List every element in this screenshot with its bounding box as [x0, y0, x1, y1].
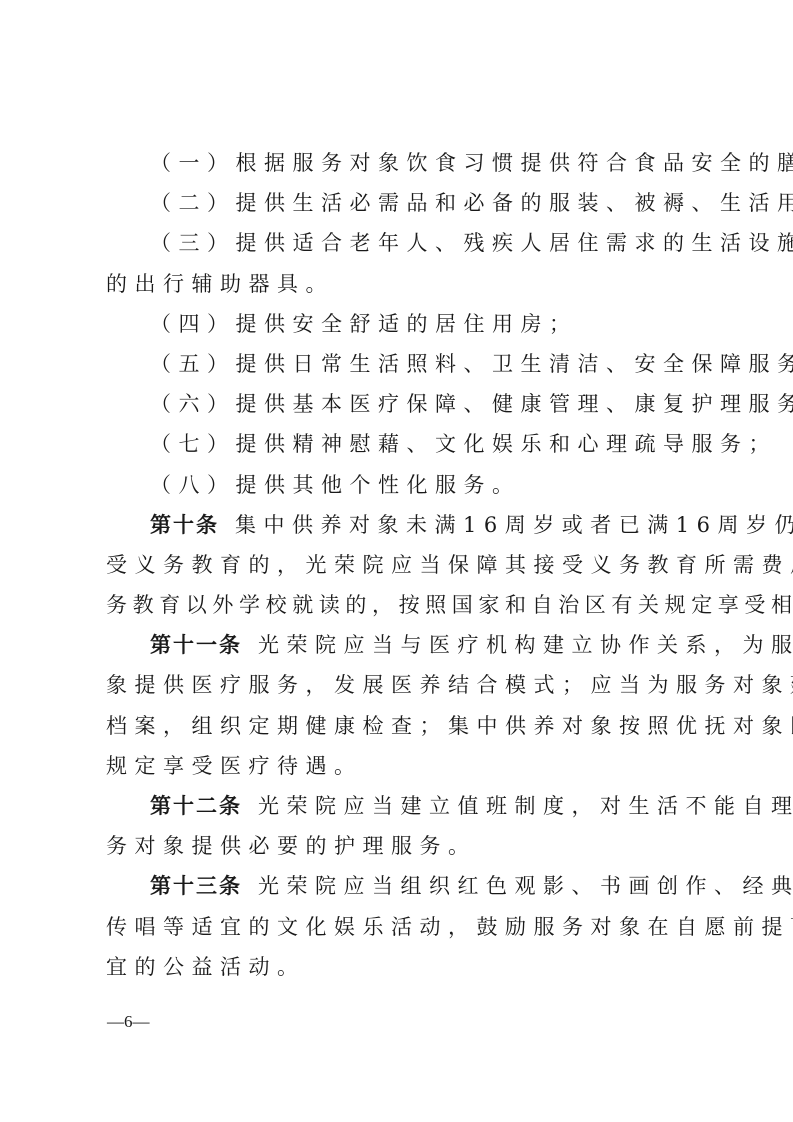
article-heading: 第十一条 — [150, 633, 242, 657]
line-text: 传唱等适宜的文化娱乐活动，鼓励服务对象在自愿前提下参与适 — [106, 915, 793, 939]
article-13-cont: 宜的公益活动。 — [106, 947, 690, 987]
line-text: 受义务教育的，光荣院应当保障其接受义务教育所需费用；在义 — [106, 553, 793, 577]
list-item-2: （二）提供生活必需品和必备的服装、被褥、生活用具； — [106, 183, 690, 223]
line-text: （六）提供基本医疗保障、健康管理、康复护理服务； — [150, 392, 793, 416]
list-item-6: （六）提供基本医疗保障、健康管理、康复护理服务； — [106, 384, 690, 424]
list-item-8: （八）提供其他个性化服务。 — [106, 465, 690, 505]
line-text: 光荣院应当建立值班制度，对生活不能自理的服 — [258, 794, 793, 818]
line-text: 务教育以外学校就读的，按照国家和自治区有关规定享受相应政策。 — [106, 593, 793, 617]
line-text: 集中供养对象未满16周岁或者已满16周岁仍在接 — [235, 513, 793, 537]
article-12-cont: 务对象提供必要的护理服务。 — [106, 826, 690, 866]
list-item-3-cont: 的出行辅助器具。 — [106, 264, 690, 304]
article-12: 第十二条光荣院应当建立值班制度，对生活不能自理的服 — [106, 786, 690, 826]
list-item-3: （三）提供适合老年人、残疾人居住需求的生活设施和适当 — [106, 223, 690, 263]
article-10-cont: 受义务教育的，光荣院应当保障其接受义务教育所需费用；在义 — [106, 545, 690, 585]
line-text: （五）提供日常生活照料、卫生清洁、安全保障服务； — [150, 352, 793, 376]
line-text: 务对象提供必要的护理服务。 — [106, 834, 477, 858]
line-text: （二）提供生活必需品和必备的服装、被褥、生活用具； — [150, 191, 793, 215]
list-item-1: （一）根据服务对象饮食习惯提供符合食品安全的膳食； — [106, 143, 690, 183]
page-number: —6— — [107, 1012, 150, 1032]
list-item-4: （四）提供安全舒适的居住用房； — [106, 304, 690, 344]
article-heading: 第十二条 — [150, 794, 242, 818]
article-heading: 第十条 — [150, 513, 219, 537]
line-text: 规定享受医疗待遇。 — [106, 754, 363, 778]
list-item-7: （七）提供精神慰藉、文化娱乐和心理疏导服务； — [106, 424, 690, 464]
line-text: 光荣院应当与医疗机构建立协作关系，为服务对 — [258, 633, 793, 657]
line-text: （四）提供安全舒适的居住用房； — [150, 312, 578, 336]
article-11-cont: 档案，组织定期健康检查；集中供养对象按照优抚对象医疗保障 — [106, 706, 690, 746]
article-11: 第十一条光荣院应当与医疗机构建立协作关系，为服务对 — [106, 625, 690, 665]
article-11-cont: 规定享受医疗待遇。 — [106, 746, 690, 786]
line-text: 的出行辅助器具。 — [106, 272, 334, 296]
list-item-5: （五）提供日常生活照料、卫生清洁、安全保障服务； — [106, 344, 690, 384]
document-body: （一）根据服务对象饮食习惯提供符合食品安全的膳食； （二）提供生活必需品和必备的… — [106, 143, 690, 987]
article-10-cont: 务教育以外学校就读的，按照国家和自治区有关规定享受相应政策。 — [106, 585, 690, 625]
line-text: 象提供医疗服务，发展医养结合模式；应当为服务对象建立健康 — [106, 673, 793, 697]
article-13-cont: 传唱等适宜的文化娱乐活动，鼓励服务对象在自愿前提下参与适 — [106, 907, 690, 947]
line-text: 宜的公益活动。 — [106, 955, 306, 979]
line-text: （七）提供精神慰藉、文化娱乐和心理疏导服务； — [150, 432, 777, 456]
line-text: （八）提供其他个性化服务。 — [150, 473, 521, 497]
article-heading: 第十三条 — [150, 874, 242, 898]
line-text: 档案，组织定期健康检查；集中供养对象按照优抚对象医疗保障 — [106, 714, 793, 738]
article-13: 第十三条光荣院应当组织红色观影、书画创作、经典红歌 — [106, 866, 690, 906]
article-11-cont: 象提供医疗服务，发展医养结合模式；应当为服务对象建立健康 — [106, 665, 690, 705]
line-text: （三）提供适合老年人、残疾人居住需求的生活设施和适当 — [150, 231, 793, 255]
line-text: （一）根据服务对象饮食习惯提供符合食品安全的膳食； — [150, 151, 793, 175]
line-text: 光荣院应当组织红色观影、书画创作、经典红歌 — [258, 874, 793, 898]
article-10: 第十条集中供养对象未满16周岁或者已满16周岁仍在接 — [106, 505, 690, 545]
